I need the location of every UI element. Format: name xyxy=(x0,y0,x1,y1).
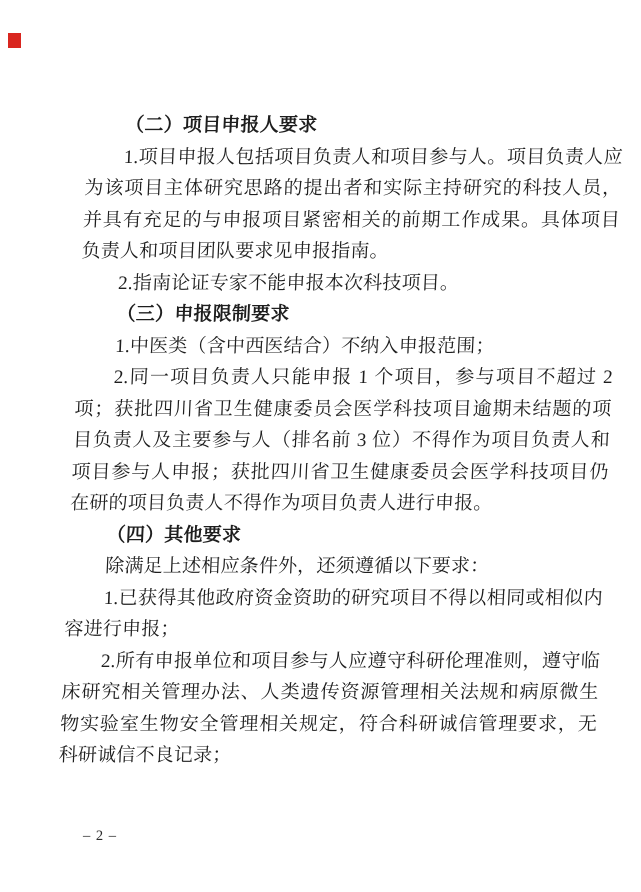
section-heading: （四）其他要求 xyxy=(68,520,606,552)
body-paragraph: 1.项目申报人包括项目负责人和项目参与人。项目负责人应为该项目主体研究思路的提出… xyxy=(81,142,624,268)
body-paragraph: 2.同一项目负责人只能申报 1 个项目，参与项目不超过 2 项；获批四川省卫生健… xyxy=(69,362,613,520)
document-body: （二）项目申报人要求1.项目申报人包括项目负责人和项目参与人。项目负责人应为该项… xyxy=(58,110,625,772)
page-number: – 2 – xyxy=(83,828,117,845)
red-stamp-mark xyxy=(8,33,21,48)
body-paragraph: 2.指南论证专家不能申报本次科技项目。 xyxy=(79,268,617,300)
body-paragraph: 1.已获得其他政府资金资助的研究项目不得以相同或相似内容进行申报； xyxy=(64,583,604,646)
document-page: （二）项目申报人要求1.项目申报人包括项目负责人和项目参与人。项目负责人应为该项… xyxy=(0,0,641,892)
section-heading: （三）申报限制要求 xyxy=(78,299,616,331)
body-paragraph: 1.中医类（含中西医结合）不纳入申报范围； xyxy=(77,331,615,363)
body-paragraph: 除满足上述相应条件外，还须遵循以下要求： xyxy=(67,551,605,583)
body-paragraph: 2.所有申报单位和项目参与人应遵守科研伦理准则，遵守临床研究相关管理办法、人类遗… xyxy=(58,646,601,772)
section-heading: （二）项目申报人要求 xyxy=(87,110,625,142)
